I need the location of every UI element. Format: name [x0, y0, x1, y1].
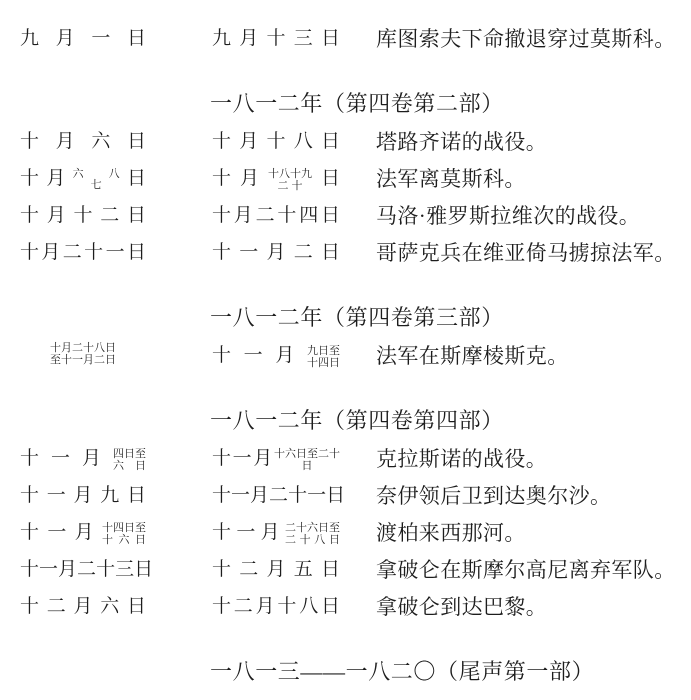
- date-old-cell: 十月十二日: [20, 201, 146, 231]
- date-old-cell: 十月二十八日至十一月二日: [20, 341, 146, 366]
- stack-line: 十四日至: [102, 522, 146, 534]
- stack-line: 十月二十八日: [50, 342, 116, 354]
- section-title: 一八一二年（第四卷第四部）: [210, 408, 504, 433]
- date-new-cell: 十二月五日: [212, 555, 340, 585]
- date-new-cell: 十月十八日: [212, 127, 340, 157]
- date-new-cell: 十一月二十六日至二十八日: [212, 518, 340, 548]
- chronology-row: 十月二十八日至十一月二日十一月九日至十四日法军在斯摩棱斯克。: [0, 339, 691, 376]
- chronology-row: 十二月六日十二月十八日拿破仑到达巴黎。: [0, 590, 691, 627]
- event-cell: 拿破仑在斯摩尔高尼离弃军队。: [376, 555, 691, 585]
- date-old-cell: 十一月二十三日: [20, 555, 146, 585]
- section-heading: 一八一二年（第四卷第三部）: [0, 302, 691, 339]
- event-cell: 法军离莫斯科。: [376, 164, 691, 194]
- event-cell: 马洛·雅罗斯拉维次的战役。: [376, 201, 691, 231]
- stack-line: 二十: [268, 180, 312, 192]
- stacked-date-range: 十六日至二十日: [274, 448, 340, 472]
- stacked-date-range: 九日至十四日: [307, 345, 340, 369]
- event-cell: 哥萨克兵在维亚倚马掳掠法军。: [376, 238, 691, 268]
- section-title: 一八一三——一八二〇（尾声第一部）: [210, 659, 594, 684]
- stacked-date-range: 十八十九二十: [268, 168, 312, 192]
- date-new-cell: 十月二十四日: [212, 201, 340, 231]
- stack-line: 日: [274, 460, 340, 472]
- date-old-cell: 十一月九日: [20, 481, 146, 511]
- date-new-cell: 十一月十六日至二十日: [212, 444, 340, 474]
- stack-line: 六日: [113, 460, 146, 472]
- section-title: 一八一二年（第四卷第二部）: [210, 91, 504, 116]
- event-cell: 渡柏来西那河。: [376, 518, 691, 548]
- event-cell: 克拉斯诺的战役。: [376, 444, 691, 474]
- stack-line: 九日至: [307, 345, 340, 357]
- date-old-cell: 十二月六日: [20, 592, 146, 622]
- date-old-cell: 九月一日: [20, 24, 146, 54]
- stacked-date-range: 二十六日至二十八日: [285, 522, 340, 546]
- chronology-row: 十一月十四日至十六日十一月二十六日至二十八日渡柏来西那河。: [0, 516, 691, 553]
- chronology-row: 十一月二十三日十二月五日拿破仑在斯摩尔高尼离弃军队。: [0, 553, 691, 590]
- date-new-cell: 十一月二日: [212, 238, 340, 268]
- chronology-row: 九月一日九月十三日库图索夫下命撤退穿过莫斯科。: [0, 22, 691, 59]
- date-old-cell: 十月六日: [20, 127, 146, 157]
- stack-line: 十六日: [102, 534, 146, 546]
- stack-line: 至十一月二日: [50, 354, 116, 366]
- date-new-cell: 十二月十八日: [212, 592, 340, 622]
- section-title: 一八一二年（第四卷第三部）: [210, 305, 504, 330]
- stacked-date-range: 十四日至十六日: [102, 522, 146, 546]
- chronology-table: 九月一日九月十三日库图索夫下命撤退穿过莫斯科。一八一二年（第四卷第二部）十月六日…: [0, 22, 691, 693]
- date-new-cell: 九月十三日: [212, 24, 340, 54]
- date-old-cell: 十一月十四日至十六日: [20, 518, 146, 548]
- chronology-row: 十月六七八日十月十八十九二十日法军离莫斯科。: [0, 162, 691, 199]
- event-cell: 法军在斯摩棱斯克。: [376, 341, 691, 371]
- section-heading: 一八一二年（第四卷第二部）: [0, 88, 691, 125]
- event-cell: 塔路齐诺的战役。: [376, 127, 691, 157]
- date-new-cell: 十月十八十九二十日: [212, 164, 340, 194]
- chronology-row: 十月二十一日十一月二日哥萨克兵在维亚倚马掳掠法军。: [0, 236, 691, 273]
- event-cell: 库图索夫下命撤退穿过莫斯科。: [376, 24, 691, 54]
- stack-line: 二十六日至: [285, 522, 340, 534]
- stack-line: 十八十九: [268, 168, 312, 180]
- stacked-date-range: 十月二十八日至十一月二日: [50, 342, 116, 366]
- chronology-row: 十一月四日至六日十一月十六日至二十日克拉斯诺的战役。: [0, 442, 691, 479]
- section-heading: 一八一二年（第四卷第四部）: [0, 405, 691, 442]
- date-old-cell: 十月二十一日: [20, 238, 146, 268]
- zigzag-date-range: 六七八: [73, 173, 120, 185]
- chronology-row: 十月六日十月十八日塔路齐诺的战役。: [0, 125, 691, 162]
- date-new-cell: 十一月二十一日: [212, 481, 340, 511]
- stack-line: 十六日至二十: [274, 448, 340, 460]
- stack-line: 十四日: [307, 357, 340, 369]
- event-cell: 拿破仑到达巴黎。: [376, 592, 691, 622]
- stack-line: 四日至: [113, 448, 146, 460]
- date-old-cell: 十月六七八日: [20, 164, 146, 194]
- book-page: 九月一日九月十三日库图索夫下命撤退穿过莫斯科。一八一二年（第四卷第二部）十月六日…: [0, 0, 691, 700]
- event-cell: 奈伊领后卫到达奥尔沙。: [376, 481, 691, 511]
- chronology-row: 十一月九日十一月二十一日奈伊领后卫到达奥尔沙。: [0, 479, 691, 516]
- stack-line: 二十八日: [285, 534, 340, 546]
- section-heading: 一八一三——一八二〇（尾声第一部）: [0, 656, 691, 693]
- chronology-row: 十月十二日十月二十四日马洛·雅罗斯拉维次的战役。: [0, 199, 691, 236]
- stacked-date-range: 四日至六日: [113, 448, 146, 472]
- date-old-cell: 十一月四日至六日: [20, 444, 146, 474]
- date-new-cell: 十一月九日至十四日: [212, 341, 340, 371]
